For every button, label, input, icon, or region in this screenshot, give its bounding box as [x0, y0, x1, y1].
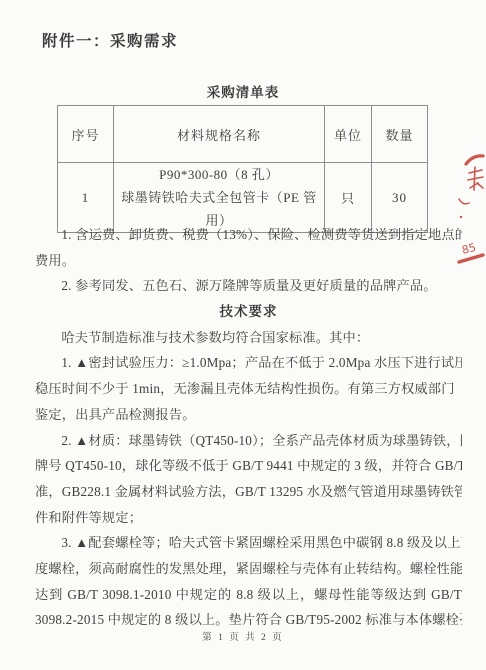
red-tick-icon	[459, 199, 469, 204]
handwritten-red-annotations: 85	[0, 0, 486, 670]
document-page: 附件一：采购需求 采购清单表 序号 材料规格名称 单位 数量 1 P90*300…	[0, 0, 486, 670]
red-stroke-icon	[466, 156, 483, 164]
red-character-scribble-icon	[468, 167, 483, 190]
red-dot-icon	[460, 216, 462, 218]
red-number: 85	[461, 241, 478, 257]
